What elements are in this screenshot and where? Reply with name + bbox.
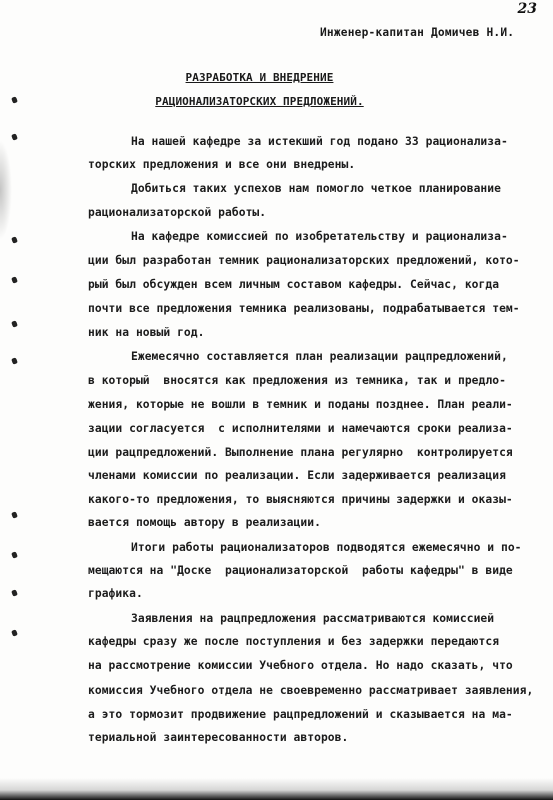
binding-hole-mark xyxy=(11,589,18,596)
text-line: графика. xyxy=(88,587,143,600)
text-line: териальной заинтересованности авторов. xyxy=(88,731,348,744)
text-line: торских предложения и все они внедрены. xyxy=(88,158,355,171)
text-line: Ежемесячно составляется план реализации … xyxy=(131,350,508,363)
text-line: вается помощь автору в реализации. xyxy=(88,516,321,529)
author-line: Инженер-капитан Домичев Н.И. xyxy=(320,26,514,39)
text-line: на рассмотрение комиссии Учебного отдела… xyxy=(88,659,513,672)
text-line: рый был обсужден всем личным составом ка… xyxy=(88,278,499,291)
document-page: 23 Инженер-капитан Домичев Н.И. РАЗРАБОТ… xyxy=(0,0,553,800)
binding-hole-mark xyxy=(11,357,18,364)
text-line: членами комиссии по реализации. Если зад… xyxy=(88,469,506,482)
scan-shadow-bottom xyxy=(0,778,553,800)
text-line: мещаются на "Доске рационализаторской ра… xyxy=(88,564,513,577)
text-line: Заявления на рацпредложения рассматриваю… xyxy=(131,612,494,625)
text-line: кафедры сразу же после поступления и без… xyxy=(88,635,499,648)
text-line: На нашей кафедре за истекший год подано … xyxy=(131,135,508,148)
text-line: почти все предложения темника реализован… xyxy=(88,302,520,315)
text-line: рационализаторской работы. xyxy=(88,206,266,219)
text-line: какого-то предложения, то выясняются при… xyxy=(88,493,513,506)
binding-hole-mark xyxy=(11,133,18,140)
text-line: а это тормозит продвижение рацпредложени… xyxy=(88,708,513,721)
text-line: ции рацпредложений. Выполнение плана рег… xyxy=(88,446,513,459)
document-title-line-1: РАЗРАБОТКА И ВНЕДРЕНИЕ xyxy=(0,71,536,84)
binding-hole-mark xyxy=(11,629,18,636)
text-line: ции был разработан темник рационализатор… xyxy=(88,254,520,267)
text-line: На кафедре комиссией по изобретательству… xyxy=(131,230,508,243)
binding-hole-mark xyxy=(11,320,18,327)
text-line: ник на новый год. xyxy=(88,326,204,339)
binding-hole-mark xyxy=(11,511,18,518)
binding-hole-mark xyxy=(11,276,18,283)
text-line: в который вносятся как предложения из те… xyxy=(88,374,506,387)
text-line: жения, которые не вошли в темник и подан… xyxy=(88,398,513,411)
document-title-line-2: РАЦИОНАЛИЗАТОРСКИХ ПРЕДЛОЖЕНИЙ. xyxy=(0,95,536,108)
binding-hole-mark xyxy=(11,236,18,243)
text-line: Добиться таких успехов нам помогло четко… xyxy=(131,182,501,195)
text-line: комиссия Учебного отдела не своевременно… xyxy=(88,684,533,697)
scan-shadow-left xyxy=(0,140,12,240)
text-line: зации согласуется с исполнителями и наме… xyxy=(88,422,513,435)
binding-hole-mark xyxy=(11,551,18,558)
page-number: 23 xyxy=(518,1,537,17)
text-line: Итоги работы рационализаторов подводятся… xyxy=(131,541,522,554)
